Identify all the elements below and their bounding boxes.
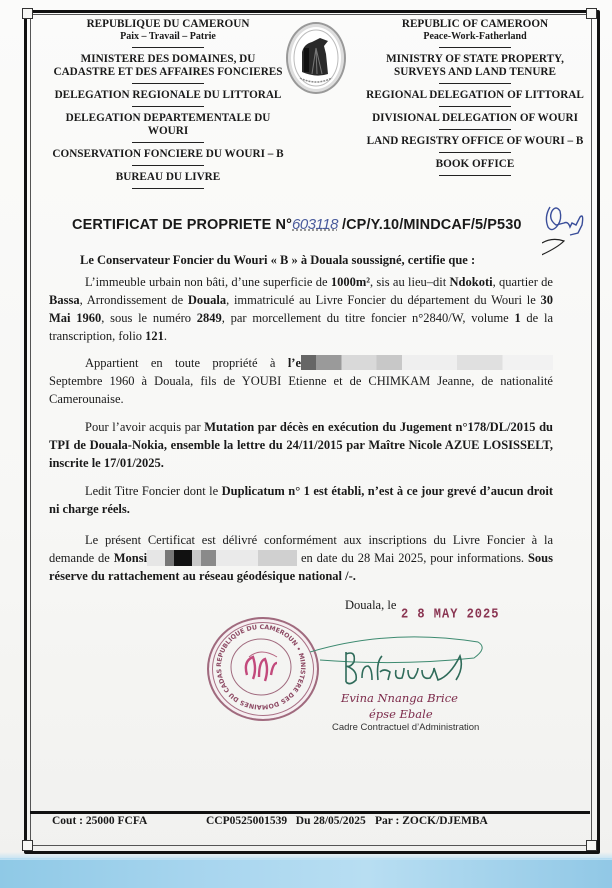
handwritten-signature-icon [310,632,490,692]
text: en date du 28 Mai 2025, pour information… [297,551,528,565]
divider [439,152,511,153]
divider [132,142,204,143]
text: . [164,329,167,343]
redacted-owner-name [301,355,553,370]
header-english: REPUBLIC OF CAMEROON Peace-Work-Fatherla… [355,18,595,181]
motto-en: Peace-Work-Fatherland [355,31,595,43]
regional-delegation-fr: DELEGATION REGIONALE DU LITTORAL [48,89,288,102]
district: Douala [188,293,226,307]
ownership-paragraph: Appartient en toute propriété à l’e Sept… [49,354,553,408]
text: , par morcellement du titre foncier n°28… [222,311,515,325]
encumbrance-paragraph: Ledit Titre Foncier dont le Duplicatum n… [49,482,553,518]
border-corner [22,8,33,19]
payment-receipt: CCP0525001539 Du 28/05/2025 [206,815,366,827]
divider [439,106,511,107]
property-description-paragraph: L’immeuble urbain non bâti, d’une superf… [49,273,553,345]
date-stamp: 2 8 MAY 2025 [401,606,499,622]
ministry-fr-line2: CADASTRE ET DES AFFAIRES FONCIERES [48,66,288,79]
prepared-by: Par : ZOCK/DJEMBA [375,815,488,827]
header-french: REPUBLIQUE DU CAMEROUN Paix – Travail – … [48,18,288,194]
registry-office-en: LAND REGISTRY OFFICE OF WOURI – B [355,135,595,148]
issuance-paragraph: Le présent Certificat est délivré confor… [49,531,553,585]
quarter: Bassa [49,293,80,307]
place-label: Douala, le [345,598,396,613]
signer-name-line2: épse Ebale [369,707,433,721]
acquisition-paragraph: Pour l’avoir acquis par Mutation par déc… [49,418,553,472]
ministry-en-line1: MINISTRY OF STATE PROPERTY, [355,53,595,66]
text: Septembre 1960 à Douala, fils de YOUBI E… [49,374,553,406]
text: L’immeuble urbain non bâti, d’une superf… [85,275,331,289]
initials-signature-icon [542,203,588,263]
country-name-fr: REPUBLIQUE DU CAMEROUN [48,18,288,31]
signer-name: Evina Nnanga Brice [341,691,458,705]
book-office-fr: BUREAU DU LIVRE [48,171,288,184]
regional-delegation-en: REGIONAL DELEGATION OF LITTORAL [355,89,595,102]
title-prefix: CERTIFICAT DE PROPRIETE N° [72,217,292,233]
text: , quartier de [493,275,553,289]
book-office-en: BOOK OFFICE [355,158,595,171]
locality: Ndokoti [450,275,493,289]
divisional-delegation-en: DIVISIONAL DELEGATION OF WOURI [355,112,595,125]
country-name-en: REPUBLIC OF CAMEROON [355,18,595,31]
divider [439,47,511,48]
certificate-number-handwritten: 603118 [292,216,338,233]
divisional-delegation-fr: DELEGATION DEPARTEMENTALE DU WOURI [48,112,288,138]
text: Appartient en toute propriété à [85,356,288,370]
divider [132,106,204,107]
text: , immatriculé au Livre Foncier du départ… [226,293,540,307]
text: Ledit Titre Foncier dont le [85,484,222,498]
text: Pour l’avoir acquis par [85,420,204,434]
divider [132,165,204,166]
ministry-seal-emblem-icon [286,22,346,94]
seal-emblem-icon: REPUBLIQUE DU CAMEROUN • MINISTERE DES D… [207,617,315,717]
title-suffix: /CP/Y.10/MINDCAF/5/P530 [342,217,522,233]
redacted-requester-name [147,550,297,566]
certificate-title: CERTIFICAT DE PROPRIETE N°603118/CP/Y.10… [72,216,522,233]
divider [132,188,204,189]
owner-name-partial: l’e [288,356,301,370]
registry-office-fr: CONSERVATION FONCIERE DU WOURI – B [48,148,288,161]
ministry-fr-line1: MINISTERE DES DOMAINES, DU [48,53,288,66]
text: , Arrondissement de [80,293,188,307]
footer-divider [30,811,590,814]
divider [132,83,204,84]
signer-role: Cadre Contractuel d’Administration [332,722,479,733]
background-surface [0,858,612,888]
area-value: 1000m² [331,275,370,289]
cost-value: Cout : 25000 FCFA [52,815,147,827]
divider [439,129,511,130]
folio: 121 [145,329,164,343]
title-number: 2849 [197,311,222,325]
divider [439,83,511,84]
text: , sis au lieu–dit [370,275,450,289]
requester-name-partial: Monsi [114,551,147,565]
ministry-en-line2: SURVEYS AND LAND TENURE [355,66,595,79]
motto-fr: Paix – Travail – Patrie [48,31,288,43]
intro-statement: Le Conservateur Foncier du Wouri « B » à… [80,253,475,268]
divider [132,47,204,48]
border-corner [22,840,33,851]
text: , sous le numéro [101,311,197,325]
border-corner [586,840,597,851]
divider [439,175,511,176]
